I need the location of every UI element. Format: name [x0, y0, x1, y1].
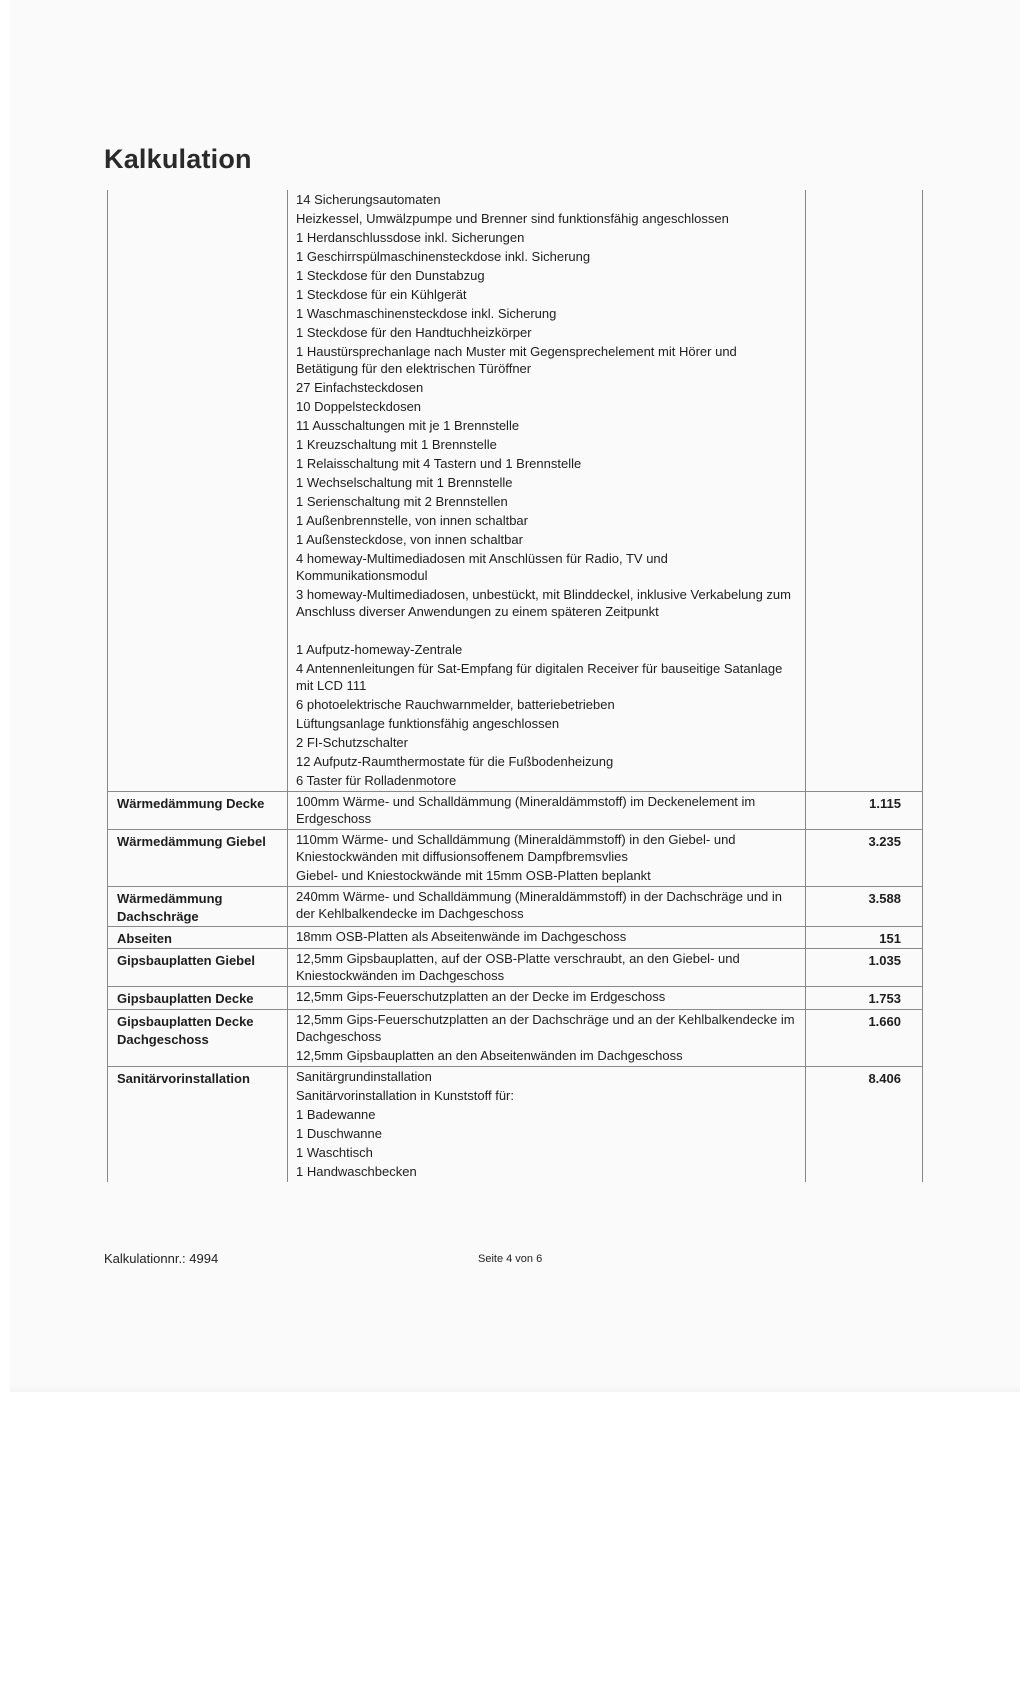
line-item: 1 Serienschaltung mit 2 Brennstellen: [296, 493, 801, 510]
row-amount: 1.035: [806, 949, 923, 987]
row-label: Gipsbauplatten Decke Dachgeschoss: [108, 1010, 288, 1067]
line-item: 240mm Wärme- und Schalldämmung (Minerald…: [296, 888, 801, 922]
row-amount: 1.753: [806, 987, 923, 1010]
table-row: Gipsbauplatten Decke Dachgeschoss 12,5mm…: [108, 1010, 923, 1067]
page-number: Seite 4 von 6: [478, 1253, 542, 1265]
line-item: 1 Geschirrspülmaschinensteckdose inkl. S…: [296, 248, 801, 265]
line-item: 1 Herdanschlussdose inkl. Sicherungen: [296, 229, 801, 246]
line-item: 14 Sicherungsautomaten: [296, 191, 801, 208]
line-item: 1 Haustürsprechanlage nach Muster mit Ge…: [296, 343, 801, 377]
row-amount: 1.660: [806, 1010, 923, 1067]
description-cell: 100mm Wärme- und Schalldämmung (Minerald…: [288, 792, 806, 830]
table-row-electrical: 14 Sicherungsautomaten Heizkessel, Umwäl…: [108, 190, 923, 792]
line-item: 1 Aufputz-homeway-Zentrale: [296, 641, 801, 658]
line-item: 1 Relaisschaltung mit 4 Tastern und 1 Br…: [296, 455, 801, 472]
row-label: Sanitärvorinstallation: [108, 1067, 288, 1183]
description-cell: 110mm Wärme- und Schalldämmung (Minerald…: [288, 830, 806, 887]
description-cell: 12,5mm Gipsbauplatten, auf der OSB-Platt…: [288, 949, 806, 987]
line-item: Heizkessel, Umwälzpumpe und Brenner sind…: [296, 210, 801, 227]
line-item: 3 homeway-Multimediadosen, unbestückt, m…: [296, 586, 801, 620]
calculation-table: 14 Sicherungsautomaten Heizkessel, Umwäl…: [107, 190, 923, 1182]
row-label: Gipsbauplatten Giebel: [108, 949, 288, 987]
line-item: 110mm Wärme- und Schalldämmung (Minerald…: [296, 831, 801, 865]
line-item: 1 Kreuzschaltung mit 1 Brennstelle: [296, 436, 801, 453]
line-item: 2 FI-Schutzschalter: [296, 734, 801, 751]
clipped-label: Gipsbauplatten Decke: [117, 990, 285, 1009]
description-cell: Sanitärgrundinstallation Sanitärvorinsta…: [288, 1067, 806, 1183]
line-item: 12,5mm Gipsbauplatten an den Abseitenwän…: [296, 1047, 801, 1064]
description-cell: 240mm Wärme- und Schalldämmung (Minerald…: [288, 887, 806, 927]
line-item: 12,5mm Gips-Feuerschutzplatten an der De…: [296, 988, 801, 1005]
line-item: 1 Handwaschbecken: [296, 1163, 801, 1180]
row-amount: 3.235: [806, 830, 923, 887]
page-title: Kalkulation: [104, 144, 252, 175]
row-label: Gipsbauplatten Decke: [108, 987, 288, 1010]
row-label: Wärmedämmung Dachschräge: [108, 887, 288, 927]
table-row: Sanitärvorinstallation Sanitärgrundinsta…: [108, 1067, 923, 1183]
table-row: Wärmedämmung Dachschräge 240mm Wärme- un…: [108, 887, 923, 927]
line-item: 100mm Wärme- und Schalldämmung (Minerald…: [296, 793, 801, 827]
row-label: Wärmedämmung Decke: [108, 792, 288, 830]
line-item: 1 Wechselschaltung mit 1 Brennstelle: [296, 474, 801, 491]
line-item: 12 Aufputz-Raumthermostate für die Fußbo…: [296, 753, 801, 770]
row-amount: 151: [806, 927, 923, 949]
line-item: 4 homeway-Multimediadosen mit Anschlüsse…: [296, 550, 801, 584]
line-item: 12,5mm Gips-Feuerschutzplatten an der Da…: [296, 1011, 801, 1045]
line-item: 11 Ausschaltungen mit je 1 Brennstelle: [296, 417, 801, 434]
line-item: 1 Steckdose für den Handtuchheizkörper: [296, 324, 801, 341]
line-item: 18mm OSB-Platten als Abseitenwände im Da…: [296, 928, 801, 945]
line-item: 1 Außensteckdose, von innen schaltbar: [296, 531, 801, 548]
calculation-number: Kalkulationnr.: 4994: [104, 1251, 218, 1266]
row-label: Wärmedämmung Giebel: [108, 830, 288, 887]
line-item: 1 Steckdose für ein Kühlgerät: [296, 286, 801, 303]
line-item: 1 Badewanne: [296, 1106, 801, 1123]
row-amount: 8.406: [806, 1067, 923, 1183]
line-item: 1 Duschwanne: [296, 1125, 801, 1142]
line-item: 1 Waschtisch: [296, 1144, 801, 1161]
table-row: Abseiten 18mm OSB-Platten als Abseitenwä…: [108, 927, 923, 949]
line-item: 12,5mm Gipsbauplatten, auf der OSB-Platt…: [296, 950, 801, 984]
line-item: 27 Einfachsteckdosen: [296, 379, 801, 396]
line-item: Lüftungsanlage funktionsfähig angeschlos…: [296, 715, 801, 732]
line-item: 6 Taster für Rolladenmotore: [296, 772, 801, 789]
line-item: 1 Steckdose für den Dunstabzug: [296, 267, 801, 284]
row-amount: 1.115: [806, 792, 923, 830]
table-row: Gipsbauplatten Decke 12,5mm Gips-Feuersc…: [108, 987, 923, 1010]
line-item: Giebel- und Kniestockwände mit 15mm OSB-…: [296, 867, 801, 884]
table-row: Gipsbauplatten Giebel 12,5mm Gipsbauplat…: [108, 949, 923, 987]
label-cell: [108, 190, 288, 792]
line-item: 10 Doppelsteckdosen: [296, 398, 801, 415]
description-cell: 12,5mm Gips-Feuerschutzplatten an der De…: [288, 987, 806, 1010]
description-cell: 12,5mm Gips-Feuerschutzplatten an der Da…: [288, 1010, 806, 1067]
line-item: 4 Antennenleitungen für Sat-Empfang für …: [296, 660, 801, 694]
line-item: 6 photoelektrische Rauchwarnmelder, batt…: [296, 696, 801, 713]
row-amount: 3.588: [806, 887, 923, 927]
line-item: Sanitärvorinstallation in Kunststoff für…: [296, 1087, 801, 1104]
line-item: Sanitärgrundinstallation: [296, 1068, 801, 1085]
description-cell: 18mm OSB-Platten als Abseitenwände im Da…: [288, 927, 806, 949]
line-item: 1 Außenbrennstelle, von innen schaltbar: [296, 512, 801, 529]
table-row: Wärmedämmung Giebel 110mm Wärme- und Sch…: [108, 830, 923, 887]
table-row: Wärmedämmung Decke 100mm Wärme- und Scha…: [108, 792, 923, 830]
row-label: Abseiten: [108, 927, 288, 949]
description-cell: 14 Sicherungsautomaten Heizkessel, Umwäl…: [288, 190, 806, 792]
line-item: 1 Waschmaschinensteckdose inkl. Sicherun…: [296, 305, 801, 322]
amount-cell: [806, 190, 923, 792]
